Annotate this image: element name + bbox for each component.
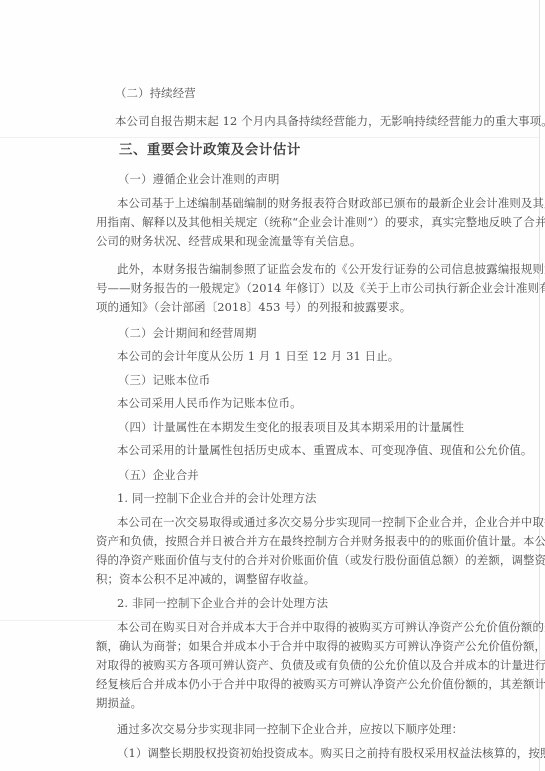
paragraph-line: 本公司在购买日对合并成本大于合并中取得的被购买方可辨认净资产公允价值份额的差 [117, 620, 545, 634]
paragraph-line: （1）调整长期股权投资初始投资成本。购买日之前持有股权采用权益法核算的，按照该 [117, 746, 545, 760]
subheading-going-concern: （二）持续经营 [115, 86, 196, 100]
subheading-non-common-control: 2. 非同一控制下企业合并的会计处理方法 [117, 596, 328, 610]
section-title: 三、重要会计政策及会计估计 [119, 143, 301, 159]
paragraph-line: 通过多次交易分步实现非同一控制下企业合并，应按以下顺序处理： [117, 722, 463, 736]
paragraph-line: 对取得的被购买方各项可辨认资产、负债及或有负债的公允价值以及合并成本的计量进行复… [96, 658, 545, 672]
paragraph-line: 经复核后合并成本仍小于合并中取得的被购买方可辨认净资产公允价值份额的，其差额计入… [96, 677, 545, 691]
paragraph-line: 项的通知》（会计部函〔2018〕453 号）的列报和披露要求。 [96, 300, 411, 314]
paragraph-line: 本公司自报告期末起 12 个月内具备持续经营能力，无影响持续经营能力的重大事项。 [115, 114, 545, 128]
paragraph-line: 本公司采用的计量属性包括历史成本、重置成本、可变现净值、现值和公允价值。 [117, 443, 532, 457]
subheading-business-combination: （五）企业合并 [118, 468, 199, 482]
subheading-accounting-period: （二）会计期间和经营周期 [118, 326, 257, 340]
paragraph-line: 得的净资产账面价值与支付的合并对价账面价值（或发行股份面值总额）的差额，调整资本… [96, 553, 545, 567]
paragraph-line: 此外，本财务报告编制参照了证监会发布的《公开发行证券的公司信息披露编报规则第 1… [117, 262, 545, 276]
paragraph-line: 本公司在一次交易取得或通过多次交易分步实现同一控制下企业合并，企业合并中取得的 [117, 515, 545, 529]
scan-artifact-line [0, 137, 539, 138]
subheading-common-control: 1. 同一控制下企业合并的会计处理方法 [117, 491, 317, 505]
document-page: （二）持续经营 本公司自报告期末起 12 个月内具备持续经营能力，无影响持续经营… [0, 0, 545, 771]
paragraph-line: 额，确认为商誉；如果合并成本小于合并中取得的被购买方可辨认净资产公允价值份额，首… [96, 639, 545, 653]
subheading-functional-currency: （三）记账本位币 [118, 373, 210, 387]
paragraph-line: 本公司基于上述编制基础编制的财务报表符合财政部已颁布的最新企业会计准则及其应 [117, 196, 545, 210]
paragraph-line: 期损益。 [96, 696, 142, 710]
paragraph-line: 本公司的会计年度从公历 1 月 1 日至 12 月 31 日止。 [117, 349, 399, 363]
paragraph-line: 用指南、解释以及其他相关规定（统称“企业会计准则”）的要求，真实完整地反映了合并… [96, 215, 545, 229]
paragraph-line: 资产和负债，按照合并日被合并方在最终控制方合并财务报表中的的账面价值计量。本公司… [96, 534, 545, 548]
paragraph-line: 号——财务报告的一般规定》（2014 年修订）以及《关于上市公司执行新企业会计准… [96, 281, 545, 295]
paragraph-line: 积；资本公积不足冲减的，调整留存收益。 [96, 572, 315, 586]
subheading-measurement-attributes: （四）计量属性在本期发生变化的报表项目及其本期采用的计量属性 [118, 420, 464, 434]
subheading-compliance-statement: （一）遵循企业会计准则的声明 [118, 172, 280, 186]
paragraph-line: 公司的财务状况、经营成果和现金流量等有关信息。 [96, 234, 361, 248]
paragraph-line: 本公司采用人民币作为记账本位币。 [117, 396, 302, 410]
